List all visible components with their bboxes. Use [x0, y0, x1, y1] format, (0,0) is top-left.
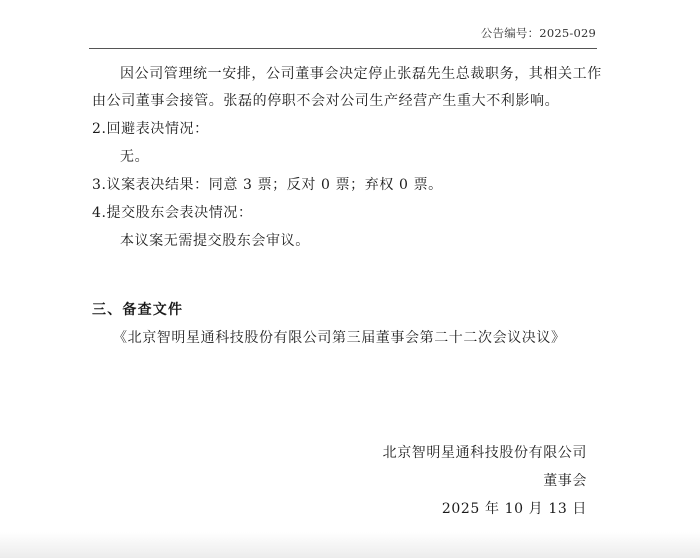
paragraph-line: 由公司董事会接管。张磊的停职不会对公司生产经营产生重大不利影响。: [92, 91, 559, 111]
item-heading-recusal: 2.回避表决情况：: [92, 119, 209, 139]
signature-board: 董事会: [543, 471, 587, 491]
item-content-recusal: 无。: [120, 147, 149, 167]
item-heading-shareholder-vote: 4.提交股东会表决情况：: [92, 203, 253, 223]
page-bottom-shadow: [0, 532, 700, 558]
paragraph-line: 因公司管理统一安排，公司董事会决定停止张磊先生总裁职务，其相关工作: [120, 64, 602, 84]
announcement-number: 公告编号：2025-029: [481, 25, 596, 41]
header-divider: [89, 48, 597, 49]
signature-date: 2025 年 10 月 13 日: [442, 499, 587, 519]
document-page: 公告编号：2025-029 因公司管理统一安排，公司董事会决定停止张磊先生总裁职…: [0, 0, 700, 558]
item-content-shareholder-vote: 本议案无需提交股东会审议。: [120, 231, 310, 251]
section-heading-reference-docs: 三、备查文件: [92, 300, 183, 320]
item-heading-vote-result: 3.议案表决结果：同意 3 票；反对 0 票；弃权 0 票。: [92, 175, 443, 195]
reference-document-title: 《北京智明星通科技股份有限公司第三届董事会第二十二次会议决议》: [113, 328, 566, 348]
signature-company: 北京智明星通科技股份有限公司: [383, 443, 587, 463]
